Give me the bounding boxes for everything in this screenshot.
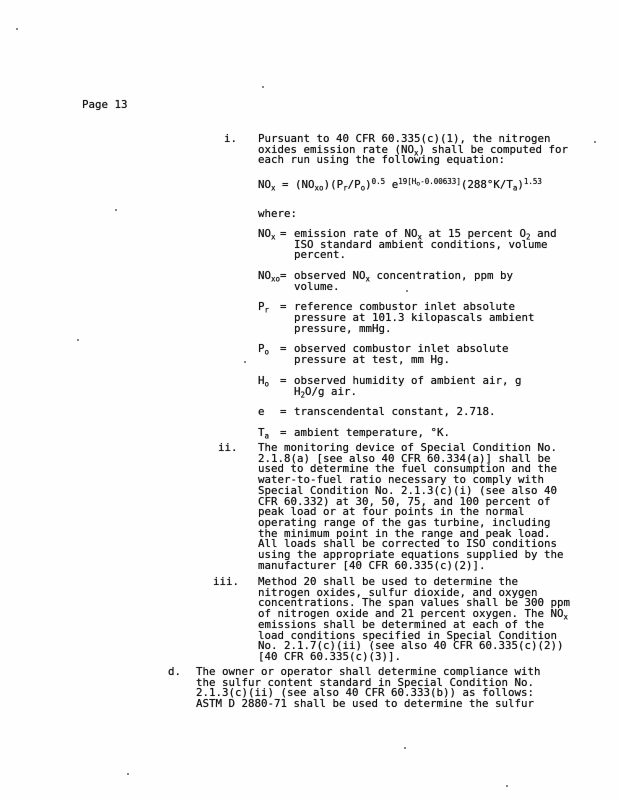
- text-run: ambient temperature,: [294, 426, 431, 439]
- text-run: )(P: [324, 178, 344, 191]
- definition-term: Pr: [258, 302, 280, 334]
- subscript: a: [265, 431, 270, 440]
- variable-definitions-list: NOx=emission rate of NOx at 15 percent O…: [258, 229, 604, 439]
- equals-sign: =: [280, 428, 294, 439]
- subscript: o: [265, 379, 270, 388]
- definition-term: e: [258, 407, 280, 418]
- text-run: /P: [348, 178, 361, 191]
- subscript: x: [564, 613, 569, 622]
- subscript: xo: [315, 184, 324, 193]
- text-run: NO: [258, 269, 271, 282]
- text-run: NO: [258, 178, 271, 191]
- definition-row: Po=observed combustor inlet absolutepres…: [258, 344, 604, 365]
- item-i-intro-paragraph: Pursuant to 40 CFR 60.335(c)(1), the nit…: [258, 134, 604, 166]
- text-line: ambient temperature, °K.: [294, 428, 604, 439]
- equals-sign: =: [280, 344, 294, 365]
- superscript: 19[Ho-0.00633]: [398, 177, 461, 186]
- text-run: 19[H: [398, 177, 416, 186]
- text-run: (288°K/T: [461, 178, 513, 191]
- list-item-d: d. The owner or operator shall determine…: [168, 667, 598, 710]
- subscript: o: [265, 348, 270, 357]
- scan-noise-speck: [127, 773, 129, 775]
- where-label: where:: [258, 209, 604, 220]
- text-line: H2O/g air.: [294, 387, 604, 398]
- definition-row: NOxo=observed NOx concentration, ppm byv…: [258, 271, 604, 292]
- equals-sign: =: [280, 271, 294, 292]
- item-d-paragraph: The owner or operator shall determine co…: [196, 667, 598, 710]
- definition-text: observed NOx concentration, ppm byvolume…: [294, 271, 604, 292]
- definition-text: emission rate of NOx at 15 percent O2 an…: [294, 229, 604, 261]
- definition-row: Pr=reference combustor inlet absolutepre…: [258, 302, 604, 334]
- definition-row: Ta=ambient temperature, °K.: [258, 428, 604, 439]
- definition-term: Ho: [258, 376, 280, 397]
- text-run: e: [258, 405, 265, 418]
- equals-sign: =: [280, 376, 294, 397]
- scan-noise-speck: [244, 361, 246, 363]
- definition-text: observed combustor inlet absolutepressur…: [294, 344, 604, 365]
- definition-text: observed humidity of ambient air, gH2O/g…: [294, 376, 604, 397]
- subscript: x: [271, 232, 276, 241]
- list-item-iii: iii. Method 20 shall be used to determin…: [213, 577, 608, 663]
- text-line: manufacturer [40 CFR 60.335(c)(2)].: [258, 561, 608, 572]
- text-run: NO: [258, 227, 271, 240]
- scan-noise-speck: [16, 28, 18, 30]
- scan-noise-speck: [77, 339, 79, 341]
- item-marker-d: d.: [168, 667, 181, 678]
- text-line: percent.: [294, 250, 604, 261]
- definition-row: NOx=emission rate of NOx at 15 percent O…: [258, 229, 604, 261]
- list-item-i: i. Pursuant to 40 CFR 60.335(c)(1), the …: [224, 134, 604, 449]
- item-iii-paragraph: Method 20 shall be used to determine the…: [258, 577, 608, 663]
- item-marker-iii: iii.: [213, 577, 239, 588]
- nox-emission-equation: NOx = (NOxo)(Pr/Po)0.5 e19[Ho-0.00633](2…: [258, 180, 604, 196]
- superscript: 1.53: [524, 177, 542, 186]
- equals-sign: =: [280, 229, 294, 261]
- text-line: pressure at test, mm Hg.: [294, 355, 604, 366]
- text-run: -0.00633]: [420, 177, 461, 186]
- text-line: observed NOx concentration, ppm by: [294, 271, 604, 282]
- definition-term: NOxo: [258, 271, 280, 292]
- list-item-ii: ii. The monitoring device of Special Con…: [218, 443, 608, 571]
- equals-sign: =: [280, 407, 294, 418]
- definition-term: NOx: [258, 229, 280, 261]
- definition-text: transcendental constant, 2.718.: [294, 407, 604, 418]
- subscript: xo: [271, 274, 280, 283]
- superscript: 0.5: [372, 177, 386, 186]
- text-run: e: [385, 178, 398, 191]
- item-i-content: Pursuant to 40 CFR 60.335(c)(1), the nit…: [258, 134, 604, 439]
- scanned-document-page: Page 13 i. Pursuant to 40 CFR 60.335(c)(…: [0, 0, 619, 800]
- scan-noise-speck: [406, 290, 408, 292]
- page-number-label: Page 13: [82, 100, 128, 111]
- text-run: = (NO: [276, 178, 315, 191]
- text-run: O/g air.: [305, 385, 357, 398]
- text-line: pressure, mmHg.: [294, 324, 604, 335]
- text-line: [40 CFR 60.335(c)(3)].: [258, 652, 608, 663]
- definition-row: Ho=observed humidity of ambient air, gH2…: [258, 376, 604, 397]
- definition-term: Ta: [258, 428, 280, 439]
- scan-noise-speck: [506, 785, 508, 787]
- definition-text: ambient temperature, °K.: [294, 428, 604, 439]
- text-line: transcendental constant, 2.718.: [294, 407, 604, 418]
- subscript: r: [265, 306, 270, 315]
- item-ii-paragraph: The monitoring device of Special Conditi…: [258, 443, 608, 571]
- equals-sign: =: [280, 302, 294, 334]
- text-run: concentration, ppm by: [370, 269, 513, 282]
- text-line: ASTM D 2880-71 shall be used to determin…: [196, 699, 598, 710]
- definition-term: Po: [258, 344, 280, 365]
- scan-noise-speck: [115, 209, 117, 211]
- scan-noise-speck: [262, 86, 264, 88]
- text-run: °K.: [431, 426, 451, 439]
- scan-noise-speck: [404, 747, 406, 749]
- item-marker-i: i.: [224, 134, 237, 145]
- scan-noise-speck: [594, 141, 596, 143]
- item-marker-ii: ii.: [218, 443, 238, 454]
- definition-text: reference combustor inlet absolutepressu…: [294, 302, 604, 334]
- definition-row: e=transcendental constant, 2.718.: [258, 407, 604, 418]
- text-line: volume.: [294, 282, 604, 293]
- text-line: each run using the following equation:: [258, 155, 604, 166]
